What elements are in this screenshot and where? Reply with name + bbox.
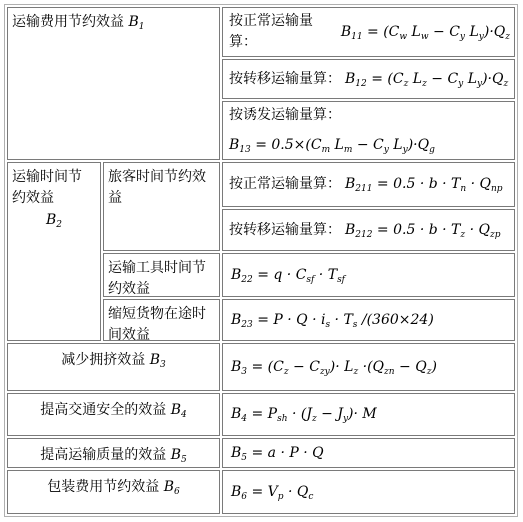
traffic-safety-benefit-var: B4 — [171, 402, 187, 418]
cell-b3-formula: B3 = (Cz − Czy)· Lz ·(Qzn − Qz) — [222, 343, 515, 391]
cell-congestion-reduction-benefit: 减少拥挤效益 B3 — [7, 343, 220, 391]
b11-case-label: 按正常运输量算： — [229, 11, 337, 53]
cell-b211-formula: 按正常运输量算： B211 = 0.5 · b · Tn · Qnp — [222, 162, 515, 207]
b211-case-label: 按正常运输量算： — [229, 174, 341, 195]
packaging-cost-benefit-var: B6 — [164, 479, 180, 495]
cell-b212-formula: 按转移运输量算： B212 = 0.5 · b · Tz · Qzp — [222, 209, 515, 251]
b23-formula: B23 = P · Q · is · Ts /(360×24) — [231, 310, 434, 331]
transport-time-benefit-label: 运输时间节约效益 — [12, 167, 86, 209]
congestion-reduction-benefit-var: B3 — [150, 352, 166, 368]
transport-time-benefit-var: B2 — [46, 212, 62, 228]
b11-formula: B11 = (Cw Lw − Cy Ly)·Qz — [341, 22, 510, 43]
b212-case-label: 按转移运输量算： — [229, 220, 341, 241]
b22-formula: B22 = q · Csf · Tsf — [231, 265, 345, 286]
b13-formula: B13 = 0.5×(Cm Lm − Cy Ly)·Qg — [229, 135, 510, 156]
vehicle-time-benefit-label: 运输工具时间节约效益 — [108, 260, 206, 297]
passenger-time-benefit-label: 旅客时间节约效益 — [108, 169, 206, 206]
cell-transport-time-benefit: 运输时间节约效益 B2 — [7, 162, 101, 341]
b211-formula: B211 = 0.5 · b · Tn · Qnp — [345, 174, 503, 195]
cell-b12-formula: 按转移运输量算： B12 = (Cz Lz − Cy Ly)·Qz — [222, 59, 515, 99]
b12-case-label: 按转移运输量算： — [229, 69, 341, 90]
cell-cargo-transit-time-benefit: 缩短货物在途时间效益 — [103, 299, 220, 341]
cell-b13-formula: 按诱发运输量算： B13 = 0.5×(Cm Lm − Cy Ly)·Qg — [222, 101, 515, 160]
cell-b11-formula: 按正常运输量算： B11 = (Cw Lw − Cy Ly)·Qz — [222, 7, 515, 57]
b3-formula: B3 = (Cz − Czy)· Lz ·(Qzn − Qz) — [231, 357, 437, 378]
transport-quality-benefit-var: B5 — [171, 447, 187, 463]
b12-formula: B12 = (Cz Lz − Cy Ly)·Qz — [345, 69, 508, 90]
cell-b23-formula: B23 = P · Q · is · Ts /(360×24) — [222, 299, 515, 341]
cell-transport-quality-benefit: 提高运输质量的效益 B5 — [7, 438, 220, 468]
cell-b6-formula: B6 = Vp · Qc — [222, 470, 515, 514]
b4-formula: B4 = Psh · (Jz − Jy)· M — [231, 404, 377, 425]
b5-formula: B5 = a · P · Q — [231, 443, 324, 464]
b6-formula: B6 = Vp · Qc — [231, 482, 313, 503]
transport-quality-benefit-label: 提高运输质量的效益 — [40, 447, 170, 463]
cell-vehicle-time-benefit: 运输工具时间节约效益 — [103, 253, 220, 297]
transport-cost-benefit-label: 运输费用节约效益 — [12, 14, 128, 30]
cell-packaging-cost-benefit: 包装费用节约效益 B6 — [7, 470, 220, 514]
congestion-reduction-benefit-label: 减少拥挤效益 — [61, 352, 149, 368]
cell-traffic-safety-benefit: 提高交通安全的效益 B4 — [7, 393, 220, 436]
cargo-transit-time-benefit-label: 缩短货物在途时间效益 — [108, 306, 206, 341]
packaging-cost-benefit-label: 包装费用节约效益 — [47, 479, 163, 495]
cell-b22-formula: B22 = q · Csf · Tsf — [222, 253, 515, 297]
transport-time-benefit-var-line: B2 — [12, 210, 96, 231]
b212-formula: B212 = 0.5 · b · Tz · Qzp — [345, 220, 500, 241]
benefit-formula-table: 运输费用节约效益 B1 按正常运输量算： B11 = (Cw Lw − Cy L… — [4, 4, 518, 517]
b13-case-label: 按诱发运输量算： — [229, 105, 510, 126]
cell-passenger-time-benefit: 旅客时间节约效益 — [103, 162, 220, 251]
traffic-safety-benefit-label: 提高交通安全的效益 — [40, 402, 170, 418]
cell-b5-formula: B5 = a · P · Q — [222, 438, 515, 468]
cell-transport-cost-benefit: 运输费用节约效益 B1 — [7, 7, 220, 160]
cell-b4-formula: B4 = Psh · (Jz − Jy)· M — [222, 393, 515, 436]
transport-cost-benefit-var: B1 — [128, 14, 144, 30]
